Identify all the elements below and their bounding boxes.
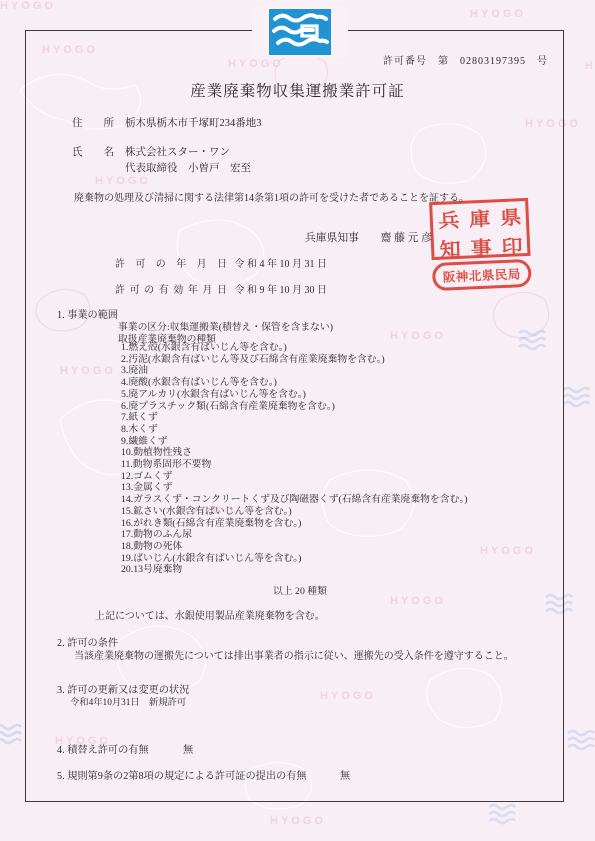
hyogo-watermark-text: HYOGO — [0, 0, 56, 12]
governor-signature: 兵庫県知事 齋 藤 元 彦 — [305, 230, 432, 245]
waste-type-item: 3.廃油 — [121, 365, 467, 377]
name-label: 氏 名 — [72, 144, 114, 159]
seal-char: 知 — [439, 234, 461, 262]
hyogo-watermark-text: HYOGO — [270, 815, 326, 827]
expiry-date-label: 許可の有効年月日 — [115, 281, 227, 296]
section-4-heading: 4. 積替え許可の有無 — [57, 741, 149, 756]
waste-type-item: 9.繊維くず — [121, 436, 467, 448]
permit-date-value: 令 和 4 年 10 月 31 日 — [235, 259, 328, 270]
waste-type-item: 10.動植物性残さ — [121, 447, 467, 459]
waste-type-item: 1.燃え殻(水銀含有ばいじん等を含む。) — [121, 342, 467, 354]
conditions-body: 当該産業廃棄物の運搬先については排出事業者の指示に従い、運搬先の受入条件を遵守す… — [74, 647, 514, 662]
waste-type-item: 4.廃酸(水銀含有ばいじん等を含む。) — [121, 377, 467, 389]
waste-type-item: 7.紙くず — [121, 412, 467, 424]
wave-watermark-icon — [0, 722, 22, 746]
waste-type-list: 1.燃え殻(水銀含有ばいじん等を含む。) 2.汚泥(水銀含有ばいじん等及び石綿含… — [121, 342, 467, 576]
wave-watermark-icon — [567, 728, 595, 752]
waste-type-item: 12.ゴムくず — [121, 471, 467, 483]
expiry-date-row: 許可の有効年月日 令 和 9 年 10 月 30 日 — [115, 281, 327, 296]
hyogo-wave-emblem-icon — [269, 9, 331, 55]
section-5-heading: 5. 規則第9条の2第8項の規定による許可証の提出の有無 — [57, 767, 307, 782]
waste-type-item: 15.鉱さい(水銀含有ばいじん等を含む。) — [121, 506, 467, 518]
seal-char: 兵 — [437, 205, 459, 233]
waste-type-item: 6.廃プラスチック類(石綿含有産業廃棄物を含む。) — [121, 401, 467, 413]
transshipment-value: 無 — [183, 741, 193, 756]
permit-date-label: 許可の年月日 — [115, 255, 227, 270]
waste-type-item: 5.廃アルカリ(水銀含有ばいじん等を含む。) — [121, 389, 467, 401]
address-label: 住 所 — [72, 115, 114, 130]
seal-square: 兵 庫 県 知 事 印 — [429, 198, 530, 260]
waste-type-item: 19.ばいじん(水銀含有ばいじん等を含む。) — [121, 553, 467, 565]
certification-statement: 廃棄物の処理及び清掃に関する法律第14条第1項の許可を受けた者であることを証する… — [74, 189, 469, 204]
address-value: 栃木県栃木市千塚町234番地3 — [125, 115, 262, 130]
permit-certificate-page: HYOGO HYOGO HYOGO HYOGO HYOGO HYOGO HYOG… — [0, 0, 595, 841]
rule-submission-value: 無 — [340, 767, 350, 782]
renewal-body: 令和4年10月31日 新規許可 — [70, 694, 186, 708]
seal-char: 県 — [499, 202, 521, 230]
waste-type-item: 18.動物の死体 — [121, 541, 467, 553]
wave-watermark-icon — [562, 385, 590, 409]
waste-type-item: 14.ガラスくず・コンクリートくず及び陶磁器くず(石綿含有産業廃棄物を含む。) — [121, 494, 467, 506]
permit-date-row: 許可の年月日 令 和 4 年 10 月 31 日 — [115, 255, 327, 270]
seal-office-name: 阪神北県民局 — [432, 259, 532, 291]
seal-char: 庫 — [468, 203, 490, 231]
section-1-heading: 1. 事業の範囲 — [57, 306, 118, 321]
representative-name: 代表取締役 小曽戸 宏至 — [125, 160, 251, 175]
expiry-date-value: 令 和 9 年 10 月 30 日 — [235, 285, 328, 296]
wave-watermark-icon — [488, 802, 516, 826]
document-title: 産業廃棄物収集運搬業許可証 — [0, 79, 595, 101]
mercury-note: 上記については、水銀使用製品産業廃棄物を含む。 — [95, 607, 325, 622]
permit-number: 許可番号 第 02803197395 号 — [383, 52, 548, 67]
waste-type-item: 8.木くず — [121, 424, 467, 436]
governor-official-seal: 兵 庫 県 知 事 印 阪神北県民局 — [429, 198, 532, 291]
waste-type-item: 16.がれき類(石綿含有産業廃棄物を含む。) — [121, 518, 467, 530]
waste-type-total: 以上 20 種類 — [273, 583, 327, 597]
waste-type-item: 17.動物のふん尿 — [121, 529, 467, 541]
hyogo-watermark-text: HYOGO — [585, 60, 595, 72]
name-value: 株式会社スター・ワン — [125, 144, 230, 159]
waste-type-item: 11.動物系固形不要物 — [121, 459, 467, 471]
seal-char: 印 — [500, 231, 522, 259]
seal-char: 事 — [469, 232, 491, 260]
hyogo-prefecture-logo — [252, 6, 348, 58]
waste-type-item: 20.13号廃棄物 — [121, 564, 467, 576]
waste-type-item: 2.汚泥(水銀含有ばいじん等及び石綿含有産業廃棄物を含む。) — [121, 354, 467, 366]
waste-type-item: 13.金属くず — [121, 482, 467, 494]
hyogo-watermark-text: HYOGO — [470, 8, 526, 20]
